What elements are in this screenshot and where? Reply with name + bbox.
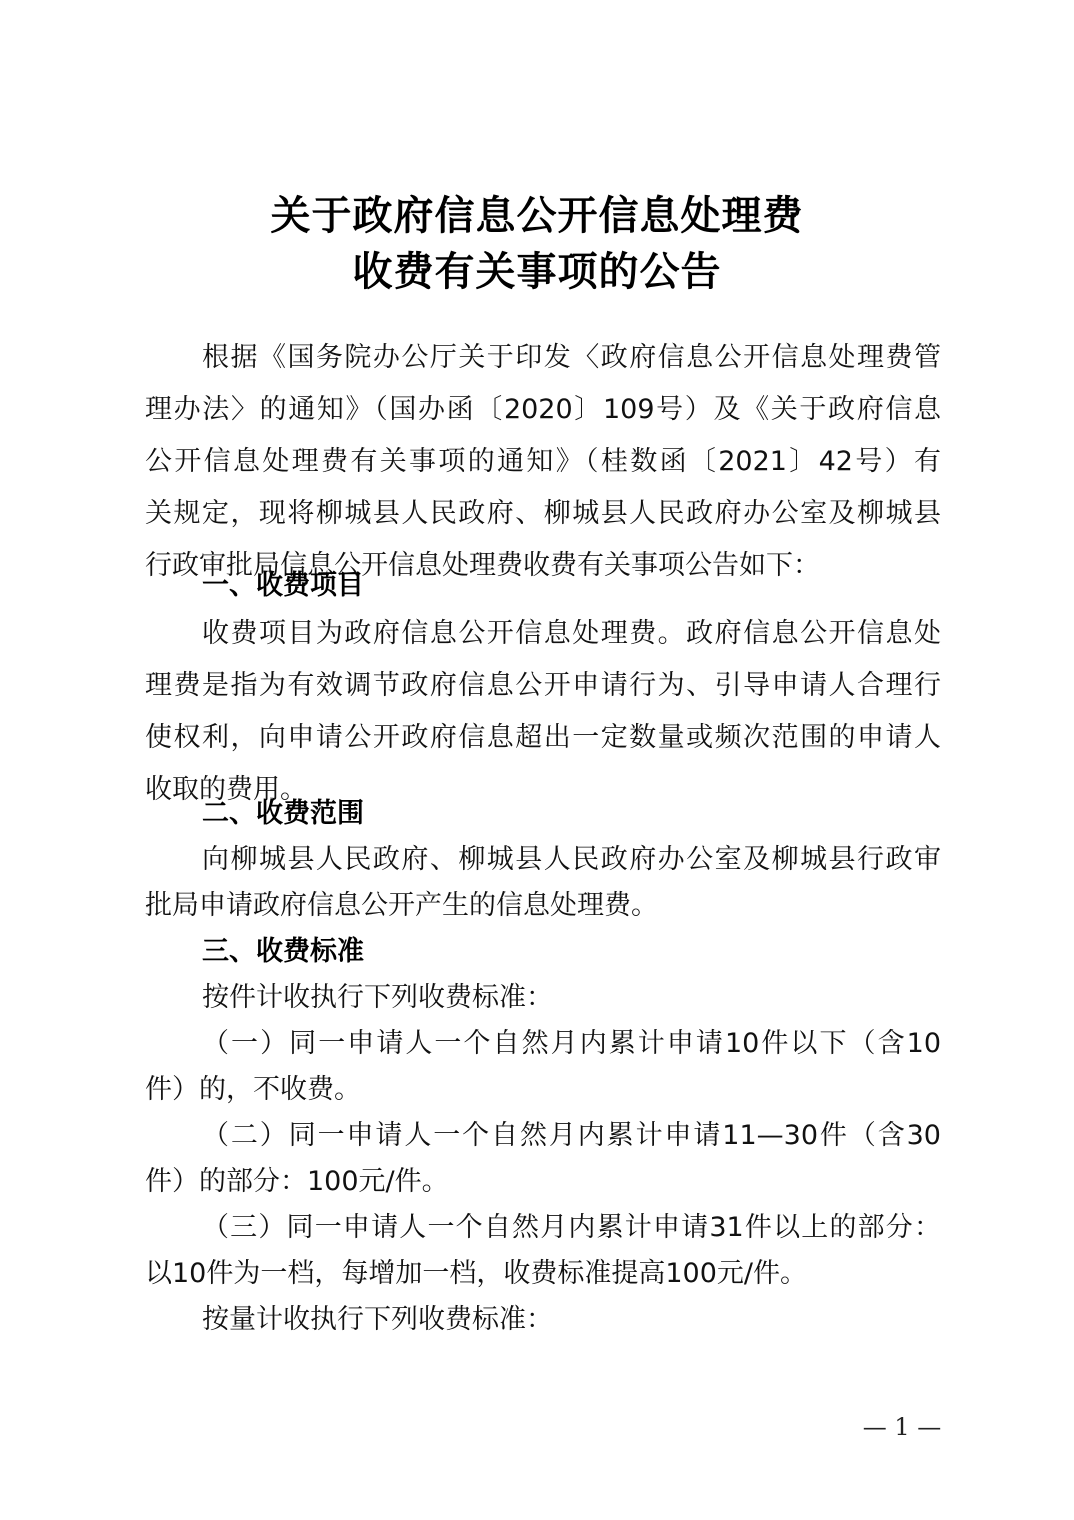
intro-paragraph-line: 根据《国务院办公厅关于印发〈政府信息公开信息处理费管 [202, 336, 941, 380]
section2-paragraph-line: 批局申请政府信息公开产生的信息处理费。 [145, 884, 941, 928]
section3-paragraph-line: （一）同一申请人一个自然月内累计申请10件以下（含10 [202, 1022, 941, 1066]
section1-paragraph-line: 使权利，向申请公开政府信息超出一定数量或频次范围的申请人 [145, 716, 941, 760]
section-heading-fee-item: 一、收费项目 [202, 564, 364, 608]
intro-paragraph-line: 公开信息处理费有关事项的通知》（桂数函〔2021〕42号）有 [145, 440, 941, 484]
section1-paragraph-line: 理费是指为有效调节政府信息公开申请行为、引导申请人合理行 [145, 664, 941, 708]
section3-paragraph-line: （二）同一申请人一个自然月内累计申请11—30件（含30 [202, 1114, 941, 1158]
document-page: 关于政府信息公开信息处理费 收费有关事项的公告 根据《国务院办公厅关于印发〈政府… [0, 0, 1074, 1520]
section3-paragraph-line: （三）同一申请人一个自然月内累计申请31件以上的部分： [202, 1206, 941, 1250]
intro-paragraph-line: 理办法〉的通知》（国办函〔2020〕109号）及《关于政府信息 [145, 388, 941, 432]
section3-paragraph-line: 以10件为一档，每增加一档，收费标准提高100元/件。 [145, 1252, 941, 1296]
section3-paragraph-line: 件）的，不收费。 [145, 1068, 941, 1112]
section1-paragraph-line: 收费项目为政府信息公开信息处理费。政府信息公开信息处 [202, 612, 941, 656]
section2-paragraph-line: 向柳城县人民政府、柳城县人民政府办公室及柳城县行政审 [202, 838, 941, 882]
document-title-line-1: 关于政府信息公开信息处理费 [0, 188, 1074, 244]
document-title-line-2: 收费有关事项的公告 [0, 244, 1074, 300]
section3-paragraph-line: 按件计收执行下列收费标准： [202, 976, 941, 1020]
section3-paragraph-line: 件）的部分：100元/件。 [145, 1160, 941, 1204]
section-heading-fee-standard: 三、收费标准 [202, 930, 364, 974]
section-heading-fee-scope: 二、收费范围 [202, 792, 364, 836]
section3-paragraph-line: 按量计收执行下列收费标准： [202, 1298, 941, 1342]
page-number: — 1 — [862, 1412, 942, 1442]
intro-paragraph-line: 关规定，现将柳城县人民政府、柳城县人民政府办公室及柳城县 [145, 492, 941, 536]
